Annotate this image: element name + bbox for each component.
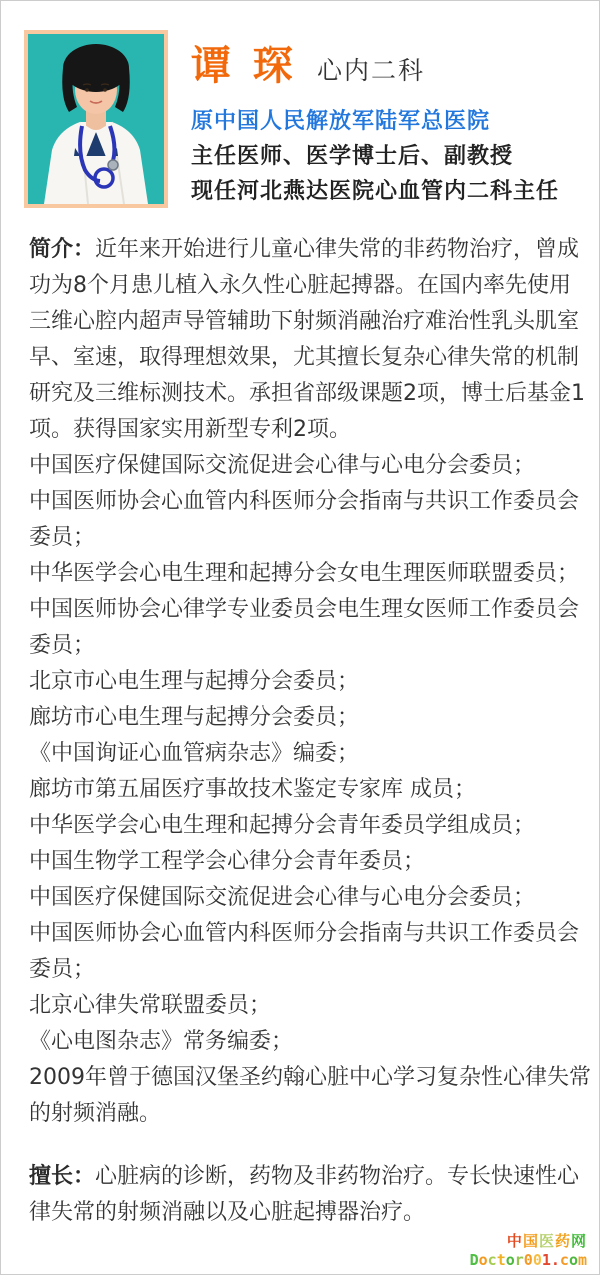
watermark-char: t [497, 1251, 506, 1269]
bio-line: 中国生物学工程学会心律分会青年委员； [29, 844, 591, 880]
watermark-char: 医 [539, 1232, 555, 1250]
current-position: 现任河北燕达医院心血管内二科主任 [191, 174, 559, 205]
bio-line: 《中国询证心血管病杂志》编委； [29, 736, 591, 772]
specialty-line: 律失常的射频消融以及心脏起搏器治疗。 [29, 1195, 579, 1231]
bio-line: 的射频消融。 [29, 1096, 591, 1132]
bio-line: 委员； [29, 952, 591, 988]
watermark-char: o [479, 1251, 488, 1269]
bio-line: 三维心腔内超声导管辅助下射频消融治疗难治性乳头肌室 [29, 304, 591, 340]
bio-line: 中华医学会心电生理和起搏分会青年委员学组成员； [29, 808, 591, 844]
bio-line: 项。获得国家实用新型专利2项。 [29, 412, 591, 448]
watermark-char: 1 [542, 1251, 551, 1269]
watermark-char: 网 [571, 1232, 587, 1250]
watermark-char: o [506, 1251, 515, 1269]
watermark-site-url[interactable]: Doctor001.com [470, 1251, 587, 1270]
bio-line: 《心电图杂志》常务编委； [29, 1024, 591, 1060]
doctor-photo [28, 34, 164, 204]
watermark-char: o [569, 1251, 578, 1269]
watermark-site-name: 中国医药网 [470, 1232, 587, 1251]
doctor-profile-page: 谭 琛心内二科 原中国人民解放军陆军总医院 主任医师、医学博士后、副教授 现任河… [0, 0, 600, 1275]
bio-line: 研究及三维标测技术。承担省部级课题2项，博士后基金1 [29, 376, 591, 412]
bio-text-block: 简介：近年来开始进行儿童心律失常的非药物治疗，曾成功为8个月患儿植入永久性心脏起… [29, 232, 591, 1132]
doctor-photo-frame [24, 30, 168, 208]
bio-line-label: 简介： [29, 237, 95, 262]
bio-line: 委员； [29, 520, 591, 556]
bio-line: 中国医师协会心血管内科医师分会指南与共识工作委员会 [29, 916, 591, 952]
bio-line: 功为8个月患儿植入永久性心脏起搏器。在国内率先使用 [29, 268, 591, 304]
bio-line: 北京市心电生理与起搏分会委员； [29, 664, 591, 700]
watermark-char: r [515, 1251, 524, 1269]
former-hospital: 原中国人民解放军陆军总医院 [191, 104, 490, 135]
specialty-line-label: 擅长： [29, 1164, 95, 1189]
bio-line: 北京心律失常联盟委员； [29, 988, 591, 1024]
watermark-char: 0 [533, 1251, 542, 1269]
bio-line: 早、室速，取得理想效果，尤其擅长复杂心律失常的机制 [29, 340, 591, 376]
watermark-char: 国 [523, 1232, 539, 1250]
bio-line: 中国医师协会心律学专业委员会电生理女医师工作委员会 [29, 592, 591, 628]
bio-line: 中国医师协会心血管内科医师分会指南与共识工作委员会 [29, 484, 591, 520]
watermark-char: c [488, 1251, 497, 1269]
department-label: 心内二科 [317, 56, 425, 85]
bio-line: 廊坊市心电生理与起搏分会委员； [29, 700, 591, 736]
bio-line: 中国医疗保健国际交流促进会心律与心电分会委员； [29, 448, 591, 484]
bio-line: 委员； [29, 628, 591, 664]
professional-titles: 主任医师、医学博士后、副教授 [191, 139, 513, 170]
bio-line: 中国医疗保健国际交流促进会心律与心电分会委员； [29, 880, 591, 916]
doctor-name: 谭 琛 [191, 43, 297, 89]
watermark-char: c [560, 1251, 569, 1269]
watermark-char: D [470, 1251, 479, 1269]
specialty-line: 擅长：心脏病的诊断，药物及非药物治疗。专长快速性心 [29, 1159, 579, 1195]
bio-line: 简介：近年来开始进行儿童心律失常的非药物治疗，曾成 [29, 232, 591, 268]
name-row: 谭 琛心内二科 [191, 34, 425, 91]
watermark-char: 中 [507, 1232, 523, 1250]
bio-line: 2009年曾于德国汉堡圣约翰心脏中心学习复杂性心律失常 [29, 1060, 591, 1096]
bio-line: 中华医学会心电生理和起搏分会女电生理医师联盟委员； [29, 556, 591, 592]
specialty-text-block: 擅长：心脏病的诊断，药物及非药物治疗。专长快速性心律失常的射频消融以及心脏起搏器… [29, 1159, 579, 1231]
bio-line: 廊坊市第五届医疗事故技术鉴定专家库 成员； [29, 772, 591, 808]
watermark: 中国医药网 Doctor001.com [470, 1232, 587, 1270]
watermark-char: 0 [524, 1251, 533, 1269]
watermark-char: . [551, 1251, 560, 1269]
watermark-char: 药 [555, 1232, 571, 1250]
watermark-char: m [578, 1251, 587, 1269]
